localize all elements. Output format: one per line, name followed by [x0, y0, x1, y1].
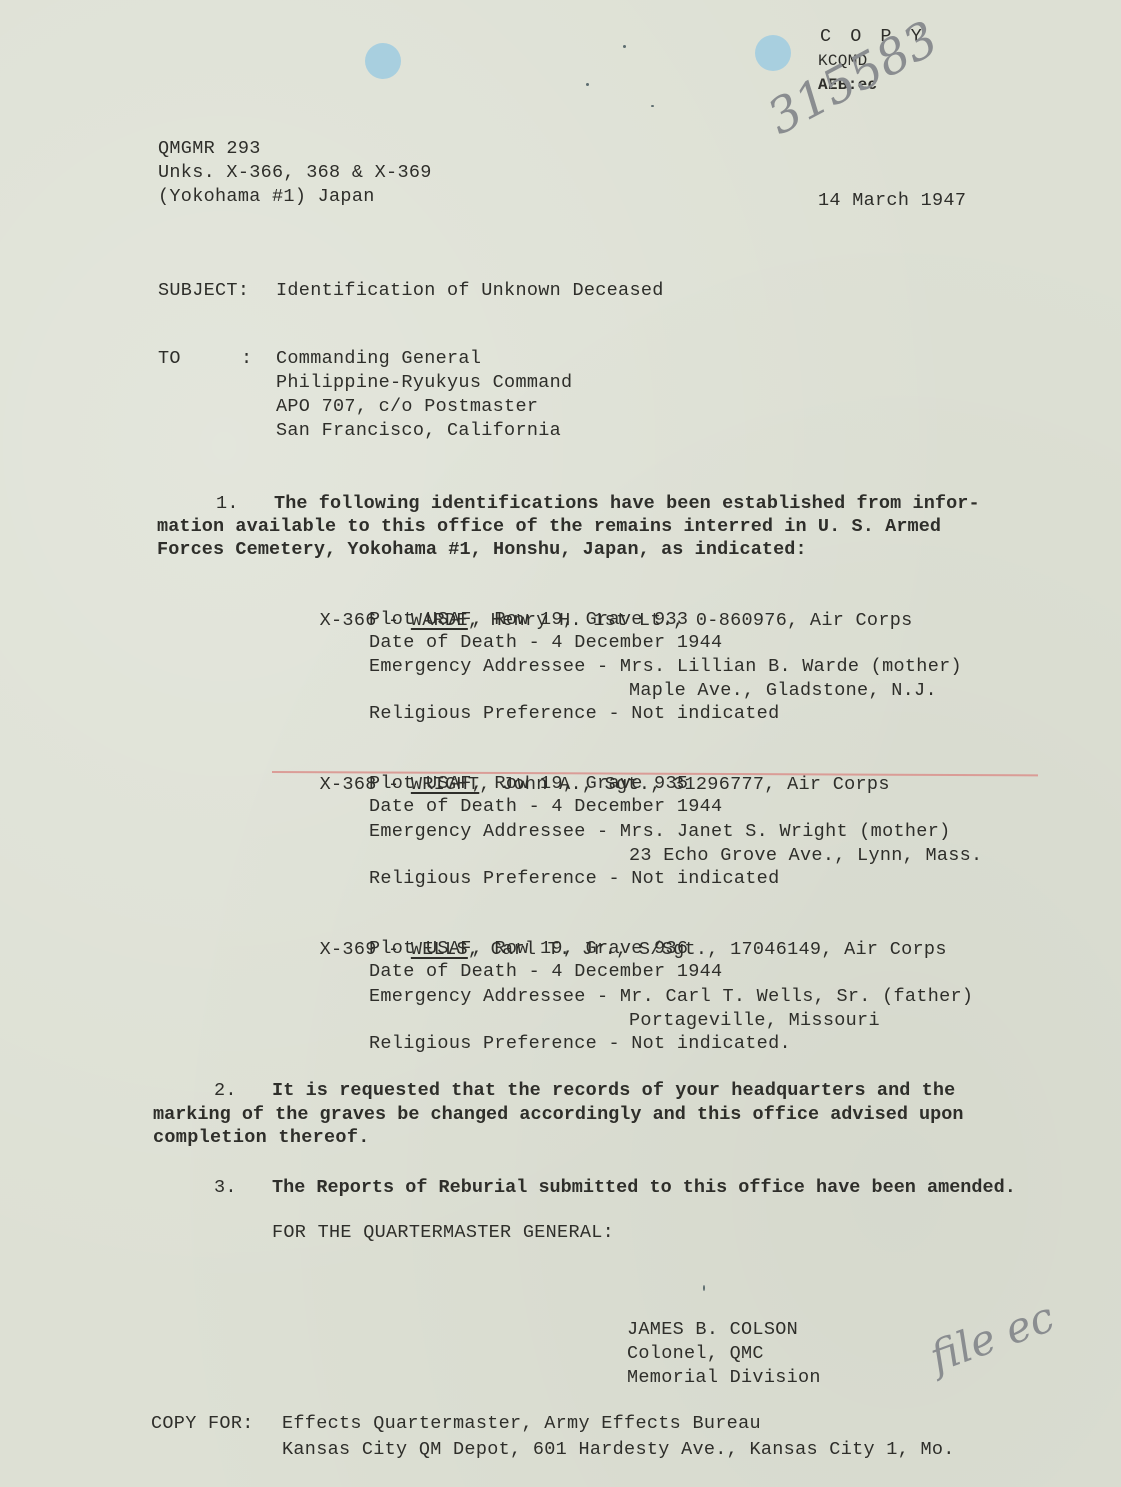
signer-name: JAMES B. COLSON: [627, 1318, 798, 1342]
closing-line: FOR THE QUARTERMASTER GENERAL:: [272, 1221, 614, 1245]
plot-info: Plot USAF, Row 19, Grave 936: [369, 937, 688, 961]
paragraph-2-line-3: completion thereof.: [153, 1126, 370, 1150]
emergency-addressee: Emergency Addressee - Mr. Carl T. Wells,…: [369, 985, 973, 1009]
addressee-line-3: APO 707, c/o Postmaster: [276, 395, 538, 419]
to-colon: :: [241, 347, 252, 371]
plot-info: Plot USAF, Row 19, Grave 933: [369, 608, 688, 632]
paper-speck: [651, 105, 654, 107]
copy-for-line-1: Effects Quartermaster, Army Effects Bure…: [282, 1412, 761, 1436]
paper-speck: [586, 83, 589, 86]
emergency-addressee: Emergency Addressee - Mrs. Lillian B. Wa…: [369, 655, 962, 679]
copy-for-label: COPY FOR:: [151, 1412, 254, 1436]
reference-line-3: (Yokohama #1) Japan: [158, 185, 375, 209]
handwritten-file-note: file ec: [926, 1299, 1060, 1375]
addressee-line-4: San Francisco, California: [276, 419, 561, 443]
punch-hole-right: [755, 35, 791, 71]
paragraph-2-number: 2.: [214, 1079, 237, 1103]
paragraph-1-number: 1.: [216, 492, 239, 516]
copy-for-line-2: Kansas City QM Depot, 601 Hardesty Ave.,…: [282, 1438, 955, 1462]
paragraph-3-number: 3.: [214, 1176, 237, 1200]
punch-hole-left: [365, 43, 401, 79]
paragraph-2-line-1: It is requested that the records of your…: [272, 1079, 955, 1103]
emergency-addressee: Emergency Addressee - Mrs. Janet S. Wrig…: [369, 820, 951, 844]
paragraph-3-text: The Reports of Reburial submitted to thi…: [272, 1176, 1016, 1200]
document-page: C O P Y KCQMD AEB:ec 315583 14 March 194…: [0, 0, 1121, 1487]
date-of-death: Date of Death - 4 December 1944: [369, 795, 722, 819]
signer-division: Memorial Division: [627, 1366, 821, 1390]
paragraph-1-line-2: mation available to this office of the r…: [157, 515, 941, 539]
addressee-line-1: Commanding General: [276, 347, 481, 371]
paragraph-1-line-3: Forces Cemetery, Yokohama #1, Honshu, Ja…: [157, 538, 807, 562]
paragraph-2-line-2: marking of the graves be changed accordi…: [153, 1103, 963, 1127]
religious-preference: Religious Preference - Not indicated: [369, 702, 779, 726]
paper-speck: [623, 45, 626, 48]
date-of-death: Date of Death - 4 December 1944: [369, 631, 722, 655]
letter-date: 14 March 1947: [818, 189, 966, 213]
addressee-line-2: Philippine-Ryukyus Command: [276, 371, 572, 395]
reference-line-2: Unks. X-366, 368 & X-369: [158, 161, 432, 185]
paragraph-1-line-1: The following identifications have been …: [274, 492, 980, 516]
subject-text: Identification of Unknown Deceased: [276, 279, 664, 303]
signer-rank: Colonel, QMC: [627, 1342, 764, 1366]
plot-info: Plot USAF, Row 19, Grave 935: [369, 772, 688, 796]
addressee-address: 23 Echo Grove Ave., Lynn, Mass.: [629, 844, 982, 868]
date-of-death: Date of Death - 4 December 1944: [369, 960, 722, 984]
to-label: TO: [158, 347, 181, 371]
addressee-address: Maple Ave., Gladstone, N.J.: [629, 679, 937, 703]
addressee-address: Portageville, Missouri: [629, 1009, 880, 1033]
religious-preference: Religious Preference - Not indicated.: [369, 1032, 791, 1056]
reference-line-1: QMGMR 293: [158, 137, 261, 161]
religious-preference: Religious Preference - Not indicated: [369, 867, 779, 891]
subject-label: SUBJECT:: [158, 279, 249, 303]
paper-speck: [703, 1285, 705, 1291]
